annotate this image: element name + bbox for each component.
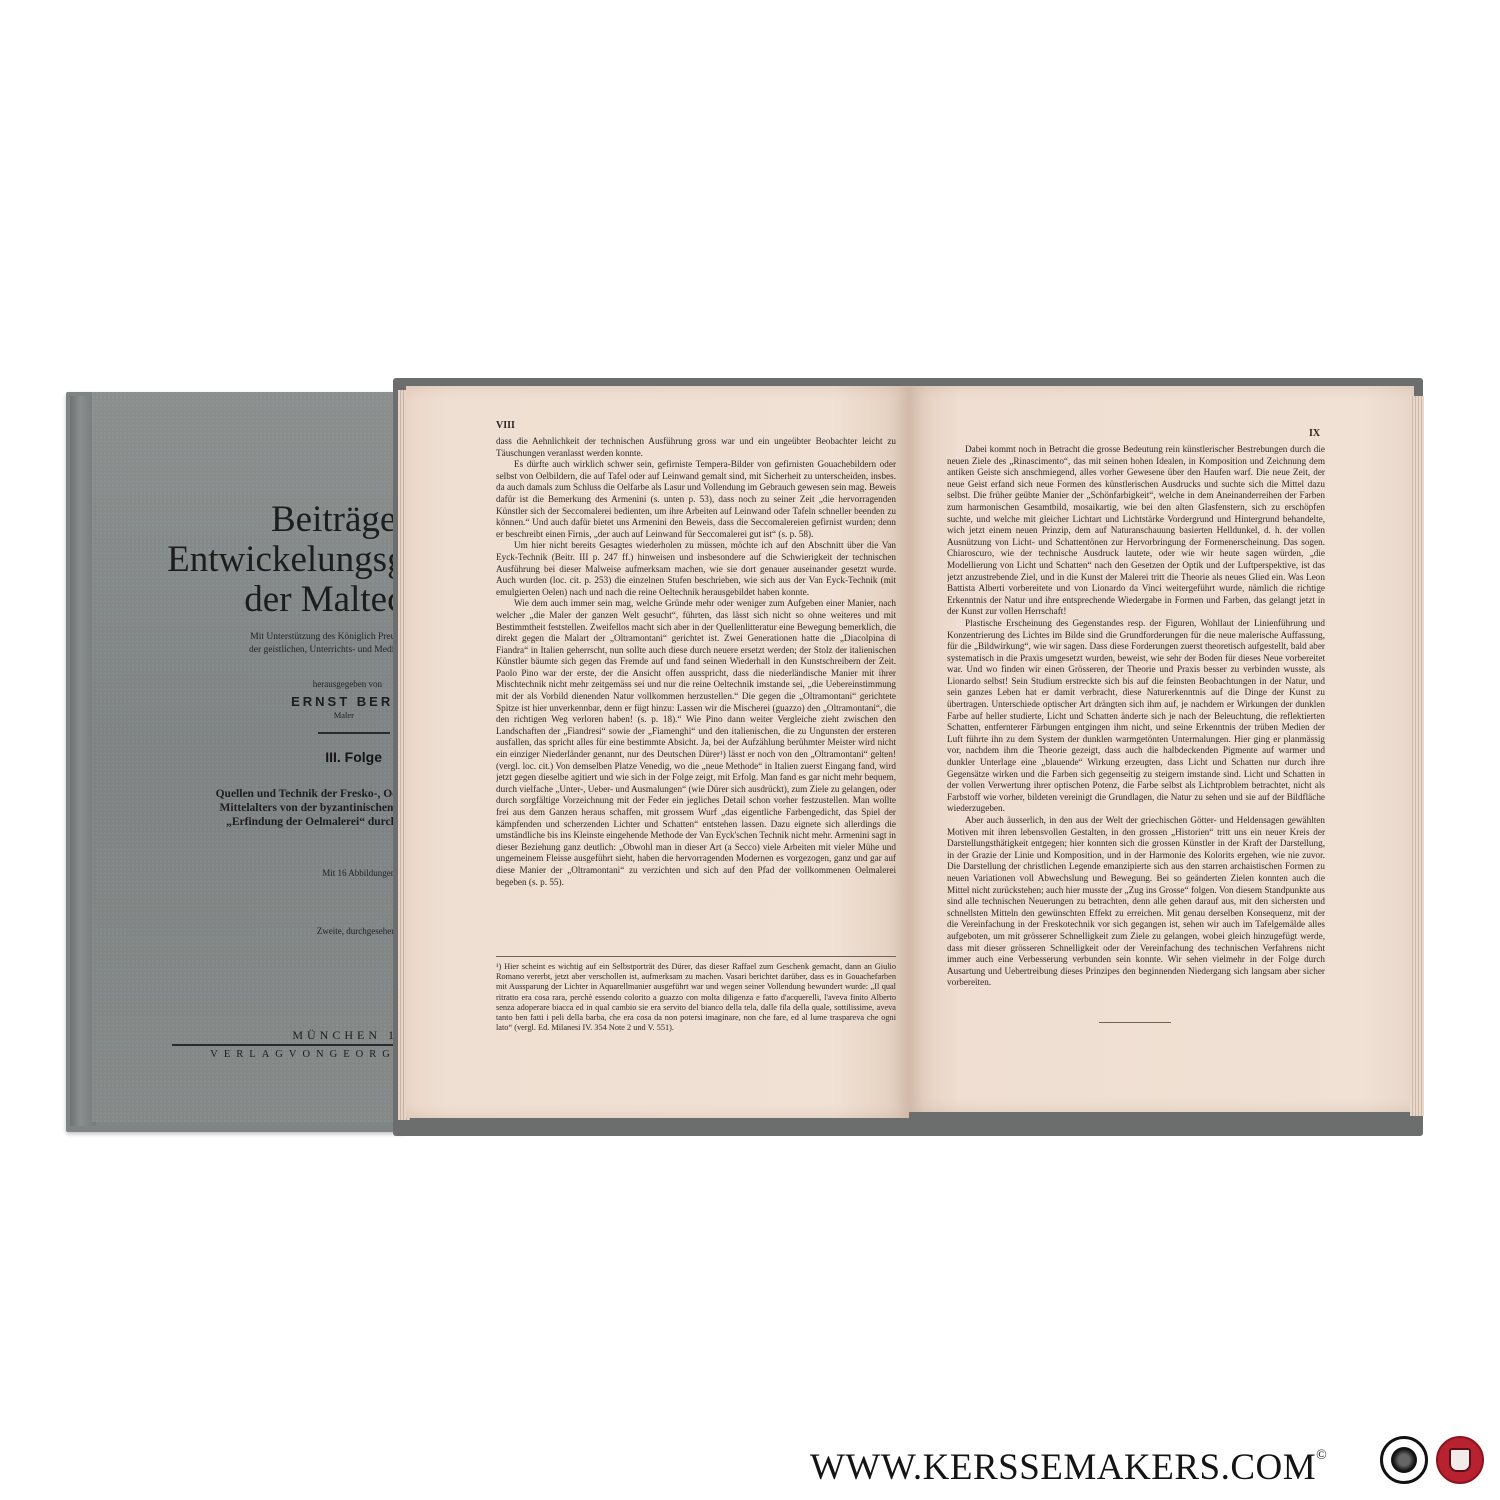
cover-support-line: Mit Unterstützung des Königlich Preussis… (250, 632, 412, 642)
right-page: IX Dabei kommt noch in Betracht die gros… (909, 386, 1414, 1112)
right-page-body: Dabei kommt noch in Betracht die grosse … (947, 444, 1325, 1012)
watermark-text: WWW.KERSSEMAKERS.COM© (810, 1446, 1327, 1489)
cover-publisher: VERLAGVONGEORGD. (210, 1049, 412, 1060)
cover-editor-label: herausgegeben von (313, 679, 382, 689)
cover-title-line: Entwickelungsge (167, 540, 412, 580)
page-number-right: IX (1309, 428, 1320, 439)
left-page-footnote: ¹) Hier scheint es wichtig auf ein Selbs… (496, 962, 896, 1058)
paragraph: Plastische Erscheinung des Gegenstandes … (947, 618, 1325, 815)
paragraph: Es dürfte auch wirklich schwer sein, gef… (496, 459, 896, 540)
book-photo-scene: Beiträge z Entwickelungsge der Maltech M… (0, 0, 1500, 1500)
cover-subtitle-line: Mittelalters von der byzantinischen Zeit (216, 801, 412, 815)
cover-title: Beiträge z Entwickelungsge der Maltech (167, 500, 412, 620)
paragraph: dass die Aehnlichkeit der technischen Au… (496, 436, 896, 459)
cover-series: III. Folge (325, 749, 382, 765)
copyright-symbol: © (1316, 1448, 1327, 1463)
paragraph: Dabei kommt noch in Betracht die grosse … (947, 444, 1325, 618)
left-page: VIII dass die Aehnlichkeit der technisch… (406, 386, 909, 1118)
ilab-badge-icon (1436, 1436, 1484, 1484)
grey-book-cover: Beiträge z Entwickelungsge der Maltech M… (92, 392, 412, 1122)
chapter-end-rule (1099, 1022, 1171, 1023)
left-page-body: dass die Aehnlichkeit der technischen Au… (496, 436, 896, 946)
cover-title-line: der Maltech (167, 580, 412, 620)
cover-support-line: der geistlichen, Unterrichts- und Medizi… (249, 645, 412, 655)
cover-subtitle-line: „Erfindung der Oelmalerei“ durch di (216, 815, 412, 829)
cover-publisher-rule (172, 1044, 412, 1046)
nva-badge-icon (1380, 1436, 1428, 1484)
paragraph: Wie dem auch immer sein mag, welche Grün… (496, 598, 896, 888)
watermark-url: WWW.KERSSEMAKERS.COM (810, 1447, 1316, 1488)
cover-title-line: Beiträge z (167, 500, 412, 540)
page-number-left: VIII (496, 420, 515, 431)
cover-subtitle-line: Quellen und Technik der Fresko-, Oel- un (216, 787, 412, 801)
paragraph: Aber auch äusserlich, in den aus der Wel… (947, 815, 1325, 989)
paragraph: Um hier nicht bereits Gesagtes wiederhol… (496, 540, 896, 598)
cover-subtitle: Quellen und Technik der Fresko-, Oel- un… (216, 787, 412, 829)
cover-divider (318, 732, 390, 734)
right-page-edges (1410, 396, 1424, 1116)
footnote-rule (496, 956, 896, 957)
cover-author-title: Maler (334, 710, 354, 720)
